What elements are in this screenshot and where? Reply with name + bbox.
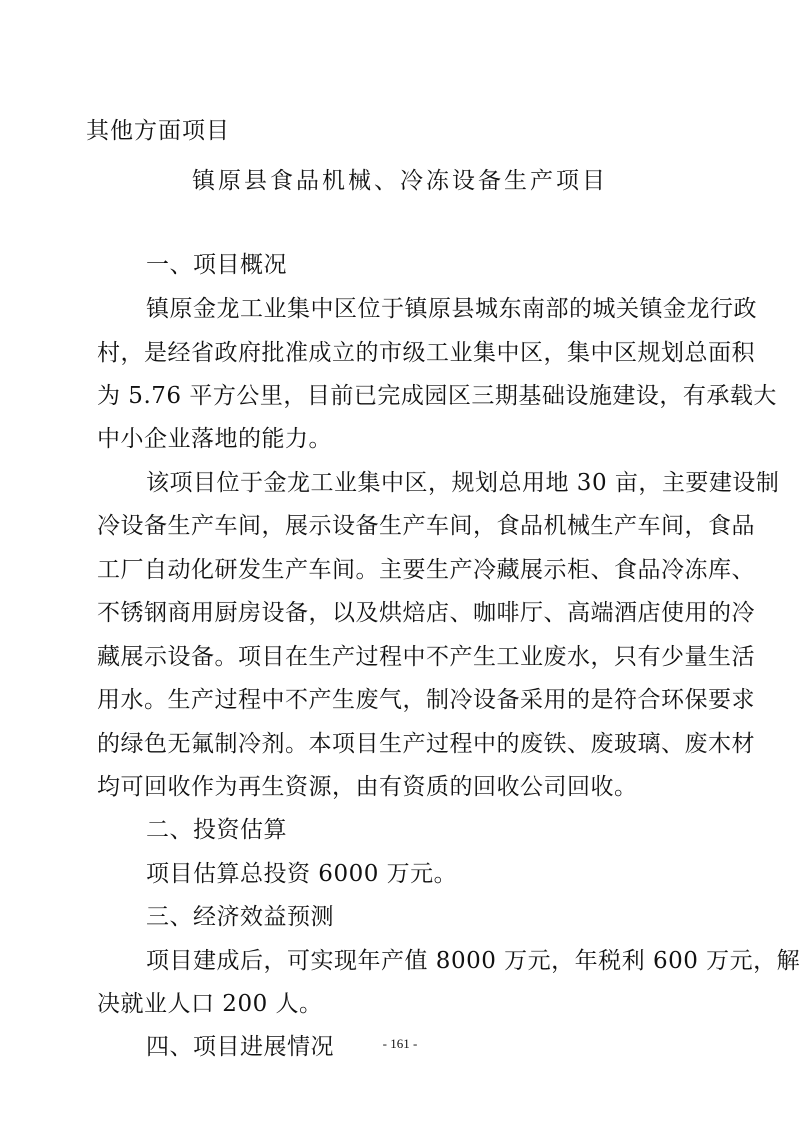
paragraph-line: 项目建成后，可实现年产值 8000 万元，年税利 600 万元，解 [146, 946, 703, 976]
paragraph-line: 藏展示设备。项目在生产过程中不产生工业废水，只有少量生活 [97, 642, 703, 672]
paragraph-line: 镇原金龙工业集中区位于镇原县城东南部的城关镇金龙行政 [146, 294, 703, 324]
paragraph-line: 项目估算总投资 6000 万元。 [146, 859, 703, 889]
paragraph-line: 为 5.76 平方公里，目前已完成园区三期基础设施建设，有承载大 [97, 381, 703, 411]
document-page: 其他方面项目 镇原县食品机械、冷冻设备生产项目 一、项目概况 镇原金龙工业集中区… [0, 0, 800, 1131]
paragraph-line: 工厂自动化研发生产车间。主要生产冷藏展示柜、食品冷冻库、 [97, 555, 703, 585]
section-heading: 一、项目概况 [146, 250, 703, 280]
paragraph-line: 冷设备生产车间，展示设备生产车间，食品机械生产车间，食品 [97, 511, 703, 541]
section-heading: 三、经济效益预测 [146, 902, 703, 932]
paragraph-line: 该项目位于金龙工业集中区，规划总用地 30 亩，主要建设制 [146, 468, 703, 498]
page-number: - 161 - [0, 1036, 800, 1052]
paragraph-line: 均可回收作为再生资源，由有资质的回收公司回收。 [97, 772, 703, 802]
section-heading: 二、投资估算 [146, 815, 703, 845]
document-title: 镇原县食品机械、冷冻设备生产项目 [0, 166, 800, 196]
paragraph-line: 用水。生产过程中不产生废气，制冷设备采用的是符合环保要求 [97, 685, 703, 715]
paragraph-line: 的绿色无氟制冷剂。本项目生产过程中的废铁、废玻璃、废木材 [97, 729, 703, 759]
paragraph-line: 不锈钢商用厨房设备，以及烘焙店、咖啡厅、高端酒店使用的冷 [97, 598, 703, 628]
paragraph-line: 中小企业落地的能力。 [97, 424, 703, 454]
paragraph-line: 决就业人口 200 人。 [97, 989, 703, 1019]
paragraph-line: 村，是经省政府批准成立的市级工业集中区，集中区规划总面积 [97, 338, 703, 368]
section-label: 其他方面项目 [86, 116, 230, 146]
